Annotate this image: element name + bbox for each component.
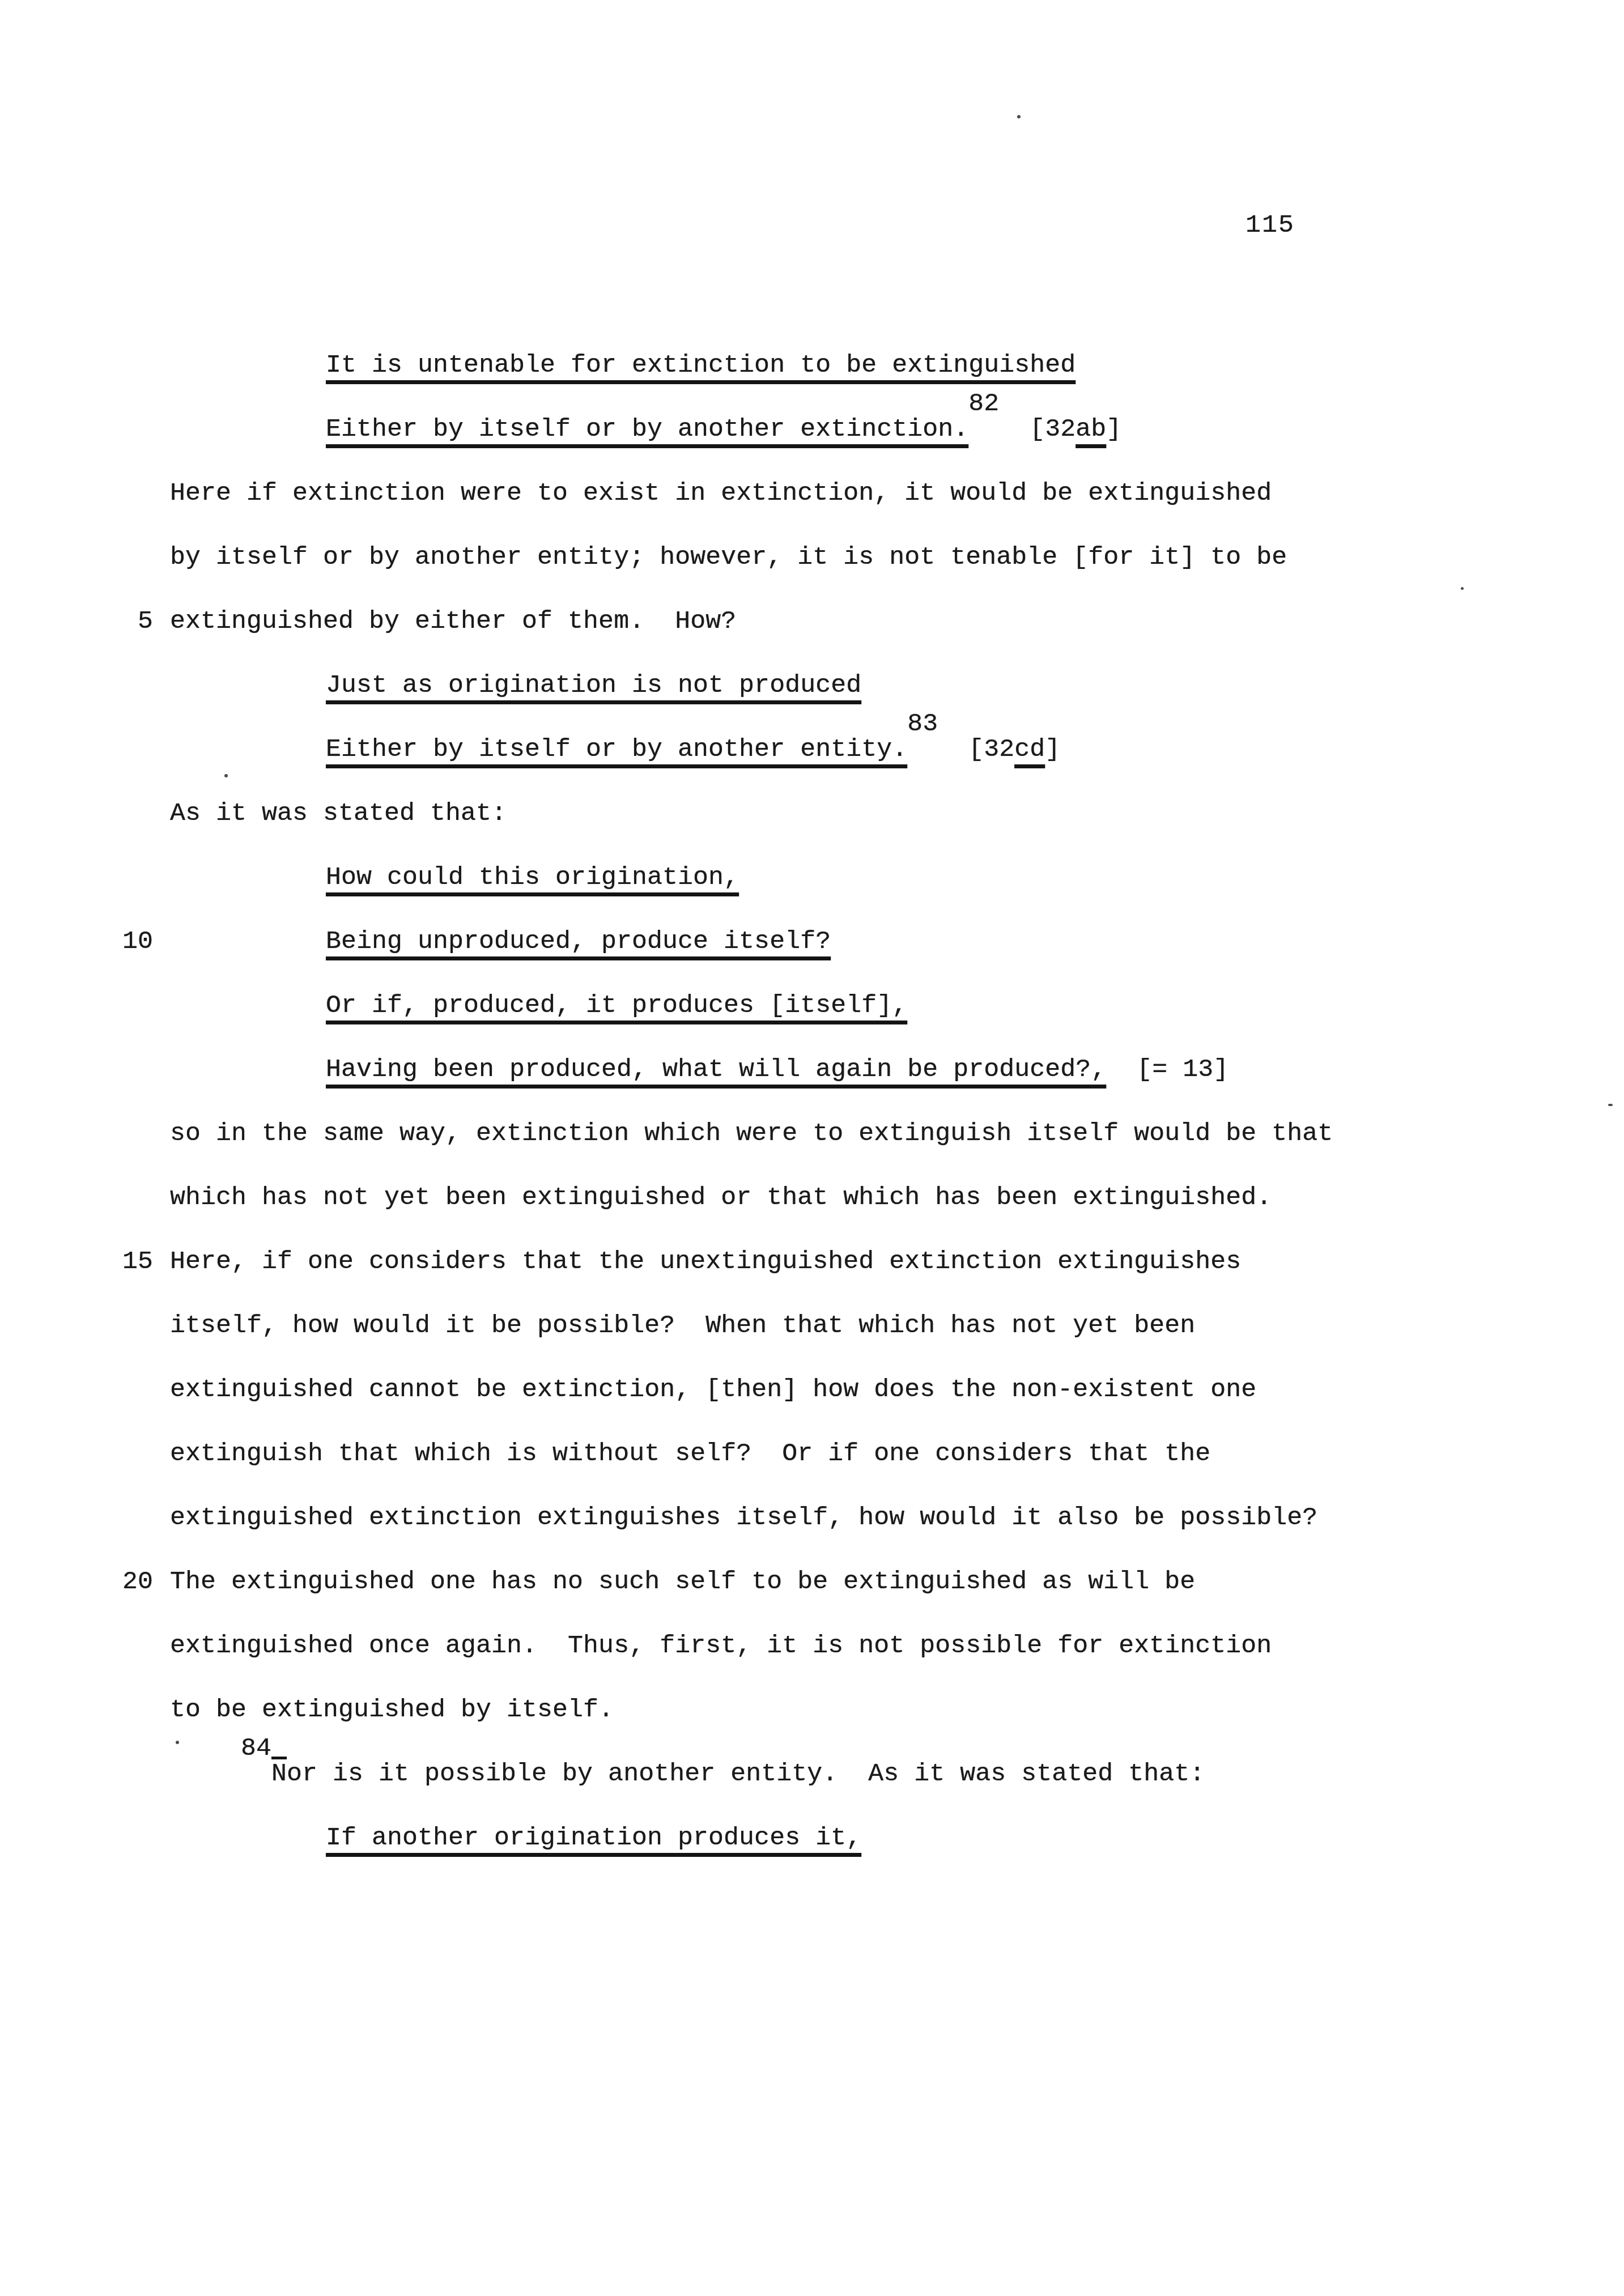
margin-line-number: 10 [96, 909, 153, 973]
text-run: extinguished extinction extinguishes its… [170, 1503, 1317, 1532]
text-line: by itself or by another entity; however,… [170, 525, 1388, 589]
text-block: It is untenable for extinction to be ext… [170, 333, 1388, 1870]
text-line: Having been produced, what will again be… [170, 1038, 1388, 1102]
scan-speck [224, 774, 228, 777]
underlined-text: If another origination produces it, [326, 1823, 861, 1852]
text-run: [32 [968, 735, 1014, 764]
text-line: Either by itself or by another extinctio… [170, 397, 1388, 461]
text-run [999, 415, 1030, 444]
text-line: extinguished cannot be extinction, [then… [170, 1358, 1388, 1422]
text-run: extinguished cannot be extinction, [then… [170, 1375, 1256, 1404]
text-line: itself, how would it be possible? When t… [170, 1294, 1388, 1358]
margin-line-number: 20 [96, 1550, 153, 1614]
text-line: Here if extinction were to exist in exti… [170, 461, 1388, 525]
underlined-text: Being unproduced, produce itself? [326, 927, 831, 956]
scan-speck [1608, 1104, 1613, 1106]
text-line: If another origination produces it, [170, 1806, 1388, 1870]
text-line: 84Nor is it possible by another entity. … [170, 1742, 1388, 1806]
page-number: 115 [1245, 211, 1295, 240]
margin-line-number: 15 [96, 1230, 153, 1294]
underlined-text: How could this origination, [326, 863, 739, 892]
underlined-text: Having been produced, what will again be… [326, 1055, 1106, 1084]
text-line: extinguished extinction extinguishes its… [170, 1486, 1388, 1550]
text-line: Either by itself or by another entity.83… [170, 717, 1388, 781]
text-run: ] [1106, 415, 1121, 444]
text-run: or is it possible by another entity. As … [287, 1759, 1205, 1788]
text-line: Just as origination is not produced [170, 653, 1388, 717]
underlined-text: cd [1014, 735, 1045, 764]
text-run: Here if extinction were to exist in exti… [170, 479, 1272, 508]
text-line: to be extinguished by itself. [170, 1678, 1388, 1742]
text-run: Here, if one considers that the unexting… [170, 1247, 1241, 1276]
document-page: 115 It is untenable for extinction to be… [0, 0, 1624, 2296]
text-run: extinguished by either of them. How? [170, 607, 736, 636]
text-line: extinguished once again. Thus, first, it… [170, 1614, 1388, 1678]
underlined-text: It is untenable for extinction to be ext… [326, 351, 1075, 380]
text-run: [32 [1030, 415, 1075, 444]
text-line: 10Being unproduced, produce itself? [170, 909, 1388, 973]
text-line: 15Here, if one considers that the unexti… [170, 1230, 1388, 1294]
underlined-text: Either by itself or by another entity. [326, 735, 907, 764]
text-run: to be extinguished by itself. [170, 1695, 614, 1724]
text-run: [= 13] [1106, 1055, 1228, 1084]
underlined-text: ab [1075, 415, 1106, 444]
text-run: ] [1045, 735, 1060, 764]
text-line: so in the same way, extinction which wer… [170, 1102, 1388, 1166]
text-run: which has not yet been extinguished or t… [170, 1183, 1272, 1212]
underlined-text: Either by itself or by another extinctio… [326, 415, 968, 444]
text-run: extinguished once again. Thus, first, it… [170, 1631, 1272, 1660]
text-line: Or if, produced, it produces [itself], [170, 973, 1388, 1038]
text-run: The extinguished one has no such self to… [170, 1567, 1195, 1596]
text-line: 20The extinguished one has no such self … [170, 1550, 1388, 1614]
text-run: As it was stated that: [170, 799, 507, 828]
scan-speck [176, 1741, 179, 1744]
text-line: 5extinguished by either of them. How? [170, 589, 1388, 653]
text-run: extinguish that which is without self? O… [170, 1439, 1210, 1468]
scan-speck [1461, 587, 1464, 590]
text-run: N [271, 1759, 287, 1788]
text-line: It is untenable for extinction to be ext… [170, 333, 1388, 397]
underlined-text: Or if, produced, it produces [itself], [326, 991, 907, 1020]
text-line: which has not yet been extinguished or t… [170, 1166, 1388, 1230]
underlined-text: Just as origination is not produced [326, 671, 861, 700]
text-run [938, 735, 968, 764]
scan-speck [1017, 115, 1021, 118]
text-line: How could this origination, [170, 845, 1388, 909]
text-line: As it was stated that: [170, 781, 1388, 845]
margin-line-number: 5 [96, 589, 153, 653]
text-line: extinguish that which is without self? O… [170, 1422, 1388, 1486]
text-run: itself, how would it be possible? When t… [170, 1311, 1195, 1340]
text-run: by itself or by another entity; however,… [170, 543, 1287, 572]
text-run: so in the same way, extinction which wer… [170, 1119, 1333, 1148]
